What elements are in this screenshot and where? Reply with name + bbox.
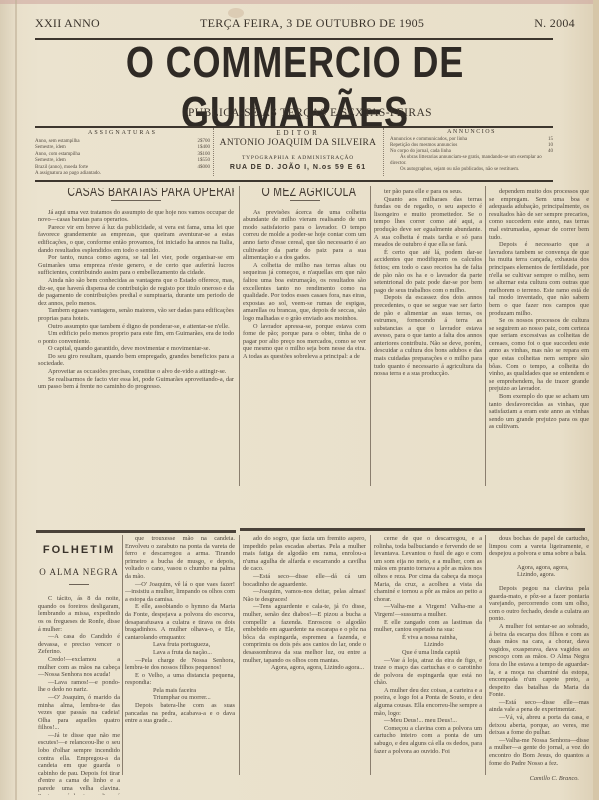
folhetim-rule [240, 528, 585, 531]
article-paragraph: O lavrador apressa-se, porque estava com… [243, 323, 366, 361]
story-paragraph: —Meu Deus!... meu Deus!... [374, 717, 482, 725]
article-paragraph: Por tanto, nunca como agora, se tal lei … [38, 254, 234, 277]
story-paragraph: Credo!—exclamou a mulher com as mãos na … [38, 656, 120, 679]
folhetim-column-3: ado do sogro, que fazia um fremito asper… [243, 535, 366, 795]
story-paragraph: Depois pegou na clavina pela guarda-mato… [489, 585, 589, 623]
story-paragraph: —Vá, vá, abreu a porta da casa, e deixou… [489, 714, 589, 737]
folhetim-heading: FOLHETIM [38, 547, 120, 555]
story-paragraph: —A casa do Candido é devassa, e preciso … [38, 633, 120, 656]
verse-line: Triumphar ou morrer... [125, 694, 235, 702]
article-paragraph: As previsões ácerca de uma colheita abun… [243, 209, 366, 262]
story-paragraph: —O' Joaquim, vê lá o que vaes fazer!—ins… [125, 581, 235, 604]
story-paragraph: —Pela charge de Nossa Senhora, lembra-te… [125, 657, 235, 672]
story-paragraph: Começou a clavina com a polvora um cartu… [374, 725, 482, 755]
ad-rate-price: 40 [548, 149, 553, 155]
ornamental-divider [383, 128, 386, 176]
publication-schedule: PUBLICA-SE ÁS TERÇAS E SEXTAS-FEIRAS [180, 107, 440, 119]
article-headline: O MEZ AGRICOLA [261, 188, 347, 196]
story-paragraph: E elle, assobiando o hymno da Maria da F… [125, 603, 235, 641]
verse-line: É viva a nossa rainha, [374, 634, 482, 642]
column-divider [370, 186, 371, 486]
advertising-box: ANNUNCIOS Annuncios e communicados, por … [390, 129, 553, 173]
issue-number: N. 2004 [534, 16, 575, 31]
editor-address: RUA DE D. JOÃO I, N.os 59 E 61 [218, 164, 378, 171]
article-paragraph: dependem muito dos processos que se empr… [489, 188, 589, 241]
page-edge-right [593, 0, 599, 800]
verse-line: Lava fruta portugueza, [125, 641, 235, 649]
story-paragraph: —Já te disse que não me escutes!—e relan… [38, 732, 120, 795]
issue-date: TERÇA FEIRA, 3 DE OUTUBRO DE 1905 [200, 16, 424, 31]
story-paragraph: —Lava ramos!—e pondo-lhe o dedo no nariz… [38, 679, 120, 694]
article-mez-agricola: O MEZ AGRICOLA As previsões ácerca de um… [243, 188, 366, 482]
story-paragraph: A mulher deu dez coisas, a carteira e a … [374, 687, 482, 717]
column-divider [485, 535, 486, 775]
verse-line: Lava a fruta da nação... [125, 649, 235, 657]
editor-name: ANTONIO JOAQUIM DA SILVEIRA [218, 138, 378, 148]
article-paragraph: Outro assumpto que tambem é digno de pon… [38, 323, 234, 331]
verse-line: Pela mais faceira [125, 687, 235, 695]
story-paragraph: E o Velho, a uma distancia pequena, resp… [125, 672, 235, 687]
story-paragraph: —Valha-me Nossa Senhora—disse a mulher—a… [489, 737, 589, 767]
ornamental-divider [213, 128, 216, 176]
folhetim-rule [36, 530, 236, 533]
story-paragraph: que trouxesse mão na candeia. Envolveu o… [125, 535, 235, 581]
verse-line: Agora, agora, agora, Lizindo agora... [243, 664, 366, 672]
article-casas-baratas: CASAS BARATAS PARA OPERARIOS Já aqui uma… [38, 188, 234, 488]
volume-label: XXII ANNO [35, 16, 100, 31]
verse-line: Que é uma linda capitã [374, 649, 482, 657]
story-paragraph: —O' Joaquim, ó marido da minha alma, lem… [38, 694, 120, 732]
article-paragraph: Do seu giro resultam, quando bem emprega… [38, 353, 234, 368]
story-paragraph: C tácito, ás 8 da noite, quando os forei… [38, 595, 120, 633]
column-divider [239, 535, 240, 775]
author-signature: Camillo C. Branco. [489, 775, 589, 783]
folhetim-column-1: FOLHETIM O ALMA NEGRA C tácito, ás 8 da … [38, 535, 120, 795]
story-paragraph: E elle zangado com as lastimas da mulher… [374, 619, 482, 634]
story-title: O ALMA NEGRA [38, 569, 120, 577]
article-paragraph: Tambem eguaes vantagens, senão maiores, … [38, 307, 234, 322]
story-paragraph: —Vae á loja, atraz da eira de figo, e tr… [374, 657, 482, 687]
folhetim-column-4: cerne de que o descarregou, e a rolinha,… [374, 535, 482, 795]
editor-label: EDITOR [218, 129, 378, 137]
story-paragraph: cerne de que o descarregou, e a rolinha,… [374, 535, 482, 603]
article-paragraph: Se realisarmos de facto vier essa lei, p… [38, 376, 234, 391]
ad-note: Ás obras litterarias annunciam-se gratis… [390, 155, 553, 167]
story-paragraph: A mulher foi sentar-se ao sobrado, á bei… [489, 623, 589, 699]
article-mez-agricola-continued: ter pão para elle e para os seus. Quanto… [374, 188, 482, 482]
masthead-rule-bottom [35, 180, 553, 182]
folhetim-column-2: que trouxesse mão na candeia. Envolveu o… [125, 535, 235, 795]
article-paragraph: O capital, quando garantido, deve movime… [38, 345, 234, 353]
article-paragraph: Quanto aos milharaes das terras fundas o… [374, 196, 482, 249]
subscription-price: 4$000 [198, 165, 211, 172]
newspaper-title: O COMMERCIO DE GUIMARÃES [82, 38, 508, 138]
story-paragraph: Depois batera-lhe com as suas pancadas n… [125, 702, 235, 725]
verse-line: Agora, agora, agora, [489, 564, 589, 572]
article-paragraph: Depois é necessario que a lavradora tamb… [489, 241, 589, 317]
typography-label: TYPOGRAPHIA E ADMINISTRAÇÃO [218, 155, 378, 161]
story-paragraph: —Tens aguardente e cala-te, já t'o disse… [243, 603, 366, 664]
article-paragraph: Se os nossos processos de cultura se seg… [489, 317, 589, 393]
verse-line: Lizindo [374, 641, 482, 649]
binding-gutter [15, 0, 17, 800]
dateline: XXII ANNO TERÇA FEIRA, 3 DE OUTUBRO DE 1… [35, 16, 585, 32]
story-paragraph: —Está seco—disse elle—dá cá um bocadinho… [243, 573, 366, 588]
column-divider [239, 186, 240, 486]
article-paragraph: Parece vir em breve á luz da publicidade… [38, 224, 234, 254]
article-paragraph: Já aqui uma vez tratamos do assumpto de … [38, 209, 234, 224]
story-paragraph: ado do sogro, que fazia um fremito asper… [243, 535, 366, 573]
editor-box: EDITOR ANTONIO JOAQUIM DA SILVEIRA TYPOG… [218, 129, 378, 171]
article-paragraph: Aproveitar as occasiões precisas, consti… [38, 368, 234, 376]
folhetim-column-5: dous bochas de papel de cartucho, limpou… [489, 535, 589, 795]
subscriptions-box: ASSIGNATURAS Anno, sem estampilha2$700 S… [35, 130, 210, 178]
article-paragraph: Depois da escassez dos dois annos preced… [374, 294, 482, 378]
story-paragraph: dous bochas de papel de cartucho, limpou… [489, 535, 589, 558]
article-paragraph: A colheita de milho nas terras altas ou … [243, 262, 366, 323]
ad-note: Os autographos, sejam ou não publicados,… [390, 167, 553, 173]
verse-line: Lizindo, agora. [489, 571, 589, 579]
article-paragraph: Ainda não são bem conhecidas as vantagen… [38, 277, 234, 307]
advertising-heading: ANNUNCIOS [390, 129, 553, 135]
article-paragraph: Bom exemplo do que se acham um tanto des… [489, 393, 589, 431]
page-edge [0, 0, 599, 4]
article-mez-agricola-end: dependem muito dos processos que se empr… [489, 188, 589, 482]
subscription-note: A assignatura ao pago adiantado. [35, 171, 210, 178]
masthead-info: ASSIGNATURAS Anno, sem estampilha2$700 S… [35, 126, 553, 180]
headline-rule [69, 584, 89, 585]
story-paragraph: —Joaquim, vamos-nos deitar, pelas almas!… [243, 588, 366, 603]
column-divider [122, 535, 123, 775]
newspaper-page: XXII ANNO TERÇA FEIRA, 3 DE OUTUBRO DE 1… [0, 0, 599, 800]
article-paragraph: É certo que até lá, podem dar-se acciden… [374, 249, 482, 295]
story-paragraph: —Valha-me a Virgem! Valha-me a Virgem!—s… [374, 603, 482, 618]
article-headline: CASAS BARATAS PARA OPERARIOS [67, 188, 204, 196]
column-divider [485, 186, 486, 486]
subscriptions-heading: ASSIGNATURAS [35, 130, 210, 137]
column-divider [370, 535, 371, 775]
article-paragraph: Um edificio pelo menos proprio para este… [38, 330, 234, 345]
story-paragraph: —Está seco—disse elle—mas ainda vale a p… [489, 699, 589, 714]
article-paragraph: ter pão para elle e para os seus. [374, 188, 482, 196]
